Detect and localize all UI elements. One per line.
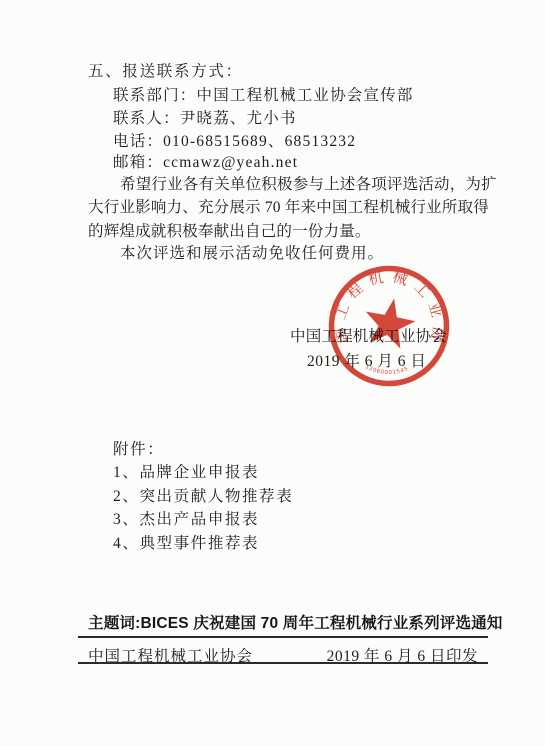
red-star-icon [360,294,419,351]
contact-line-department: 联系部门：中国工程机械工业协会宣传部 [113,88,414,104]
subject-keywords-line: 主题词:BICES 庆祝建国 70 周年工程机械行业系列评选通知 [88,616,503,632]
svg-text:中国工程机械工业协会: 中国工程机械工业协会 [319,256,451,350]
attachment-item: 4、典型事件推荐表 [113,536,259,552]
paragraph-line: 希望行业各有关单位积极参与上述各项评选活动，为扩 [120,177,490,193]
attachments-heading: 附件： [113,442,164,458]
footer-divider-top [78,636,488,638]
contact-line-persons: 联系人：尹晓荔、尤小书 [113,111,297,127]
attachment-item: 3、杰出产品申报表 [113,512,259,528]
seal-arc-text: 中国工程机械工业协会 [319,256,451,350]
section-heading: 五、报送联系方式： [88,64,243,80]
footer-divider-bottom [78,662,488,664]
paragraph-line: 的辉煌成就积极奉献出自己的一份力量。 [88,224,371,240]
attachment-item: 1、品牌企业申报表 [113,465,259,481]
paragraph-line: 大行业影响力、充分展示 70 年来中国工程机械行业所取得 [88,200,489,216]
contact-line-email: 邮箱：ccmawz@yeah.net [113,155,298,171]
svg-text:12060001545: 12060001545 [364,364,410,377]
attachment-item: 2、突出贡献人物推荐表 [113,489,293,505]
contact-line-phone: 电话：010-68515689、68513232 [113,134,356,150]
official-seal: 中国工程机械工业协会 12060001545 [319,256,459,396]
seal-serial-number: 12060001545 [364,364,410,377]
document-page: 五、报送联系方式： 联系部门：中国工程机械工业协会宣传部 联系人：尹晓荔、尤小书… [0,0,545,746]
